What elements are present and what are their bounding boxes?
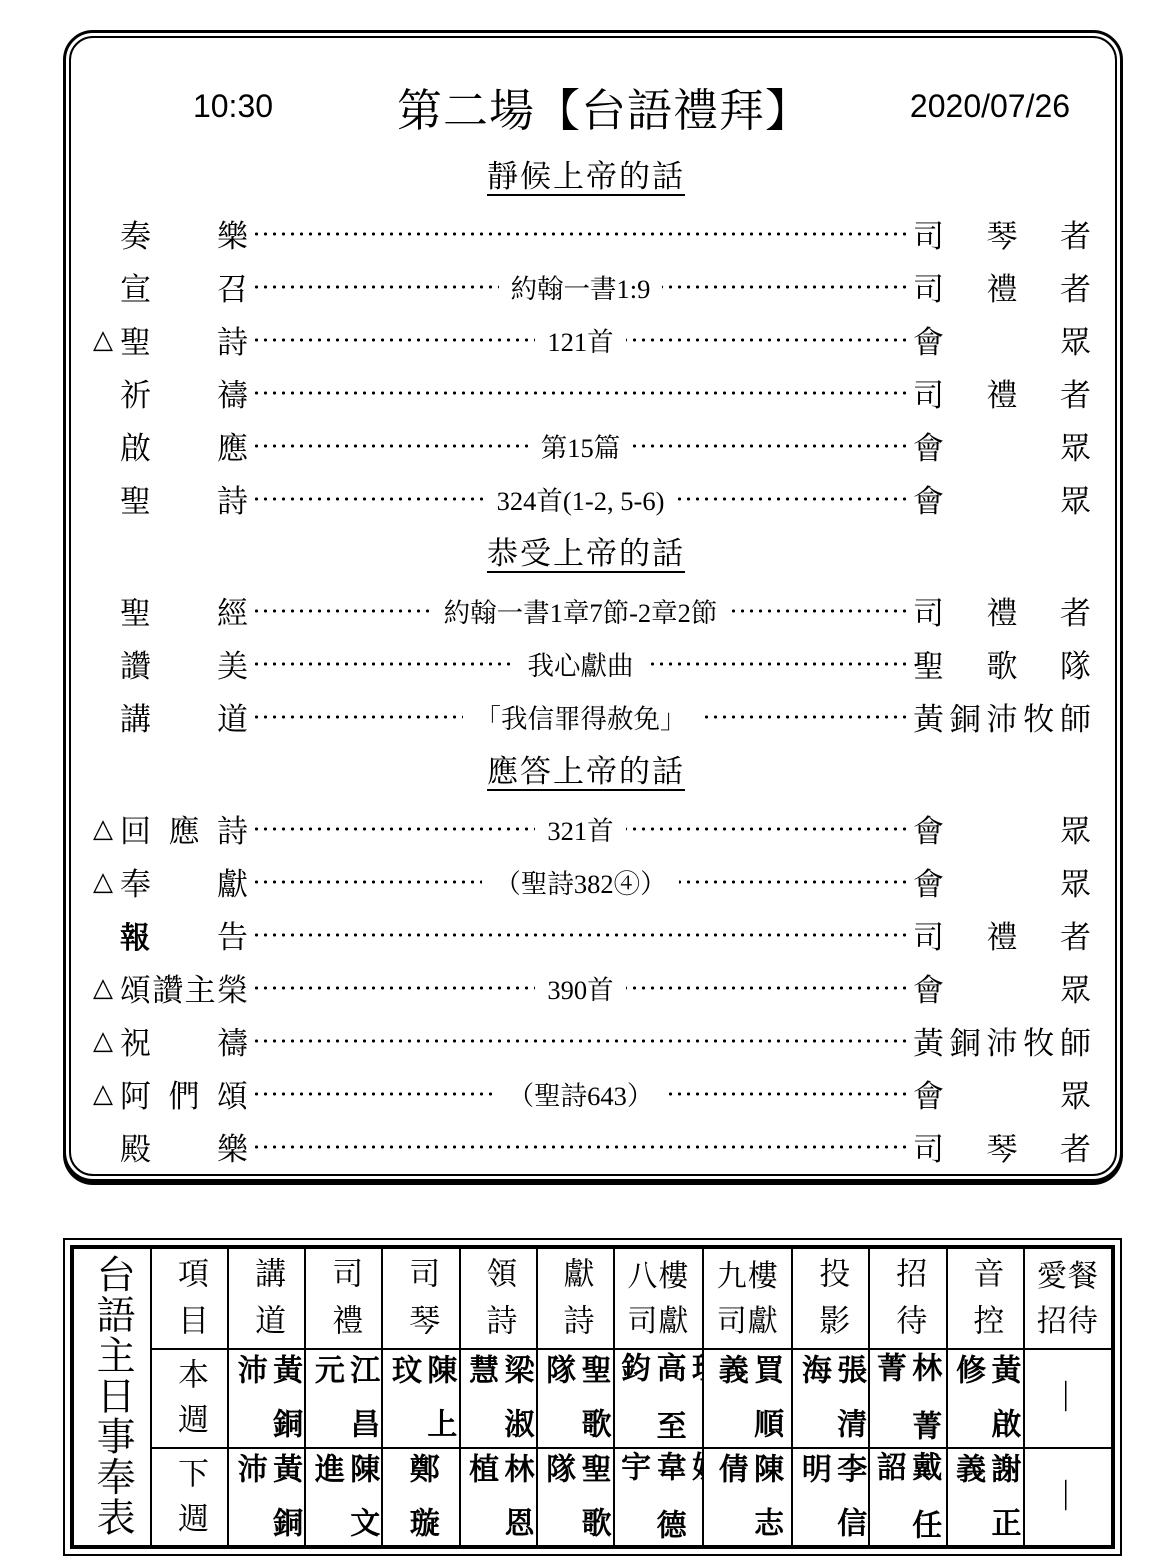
dotted-leader: 我心獻曲 [252, 637, 909, 690]
program-sections: 靜候上帝的話 奏樂 司琴者 宣召 約翰一書1:9 司禮者 △ 聖詩 121首 會… [81, 156, 1091, 1173]
page-title: 第二場【台語禮拜】 [313, 74, 895, 139]
roster-side-title-cell: 台語主日事奉表 [72, 1247, 151, 1547]
dotted-leader: 390首 [252, 961, 909, 1014]
roster-name-cell: 買順義 [703, 1349, 792, 1448]
roster-side-title: 台語主日事奉表 [89, 1254, 135, 1536]
program-item: △ 祝禱 黃銅沛牧師 [81, 1014, 1091, 1067]
program-item: 聖詩 324首(1-2, 5-6) 會眾 [81, 472, 1091, 525]
program-item: △ 阿們頌 （聖詩643） 會眾 [81, 1067, 1091, 1120]
roster-week-label-cell: 下週 [151, 1448, 228, 1547]
roster-name-cell: 鄭璇 [382, 1448, 459, 1547]
dotted-leader: 321首 [252, 802, 909, 855]
duty-roster-table: 台語主日事奉表項目講道司禮司琴領詩獻詩八樓 司獻九樓 司獻投影招待音控愛餐 招待… [70, 1245, 1115, 1549]
roster-name-cell: 張清海 [792, 1349, 869, 1448]
section-heading: 靜候上帝的話 [81, 156, 1091, 198]
worship-program-inner: 10:30 第二場【台語禮拜】 2020/07/26 靜候上帝的話 奏樂 司琴者… [69, 36, 1117, 1176]
section-items: △ 回應詩 321首 會眾 △ 奉獻 （聖詩382④） 會眾 報告 司禮者 △ … [81, 802, 1091, 1173]
roster-name: 陳文進 [309, 1453, 380, 1537]
roster-name: 江昌元 [309, 1354, 380, 1438]
roster-name: 聖歌隊 [540, 1453, 611, 1537]
item-center-note: 約翰一書1章7節-2章2節 [432, 591, 730, 630]
roster-name: 郭明珊 林菁菁 [870, 1352, 946, 1440]
program-item: 奏樂 司琴者 [81, 207, 1091, 260]
section-heading: 應答上帝的話 [81, 751, 1091, 793]
program-item: 宣召 約翰一書1:9 司禮者 [81, 260, 1091, 313]
roster-name: 鄭璇 [403, 1453, 438, 1537]
item-assignee: 司禮者 [913, 912, 1091, 957]
item-assignee: 司禮者 [913, 370, 1091, 415]
item-assignee: 司琴者 [913, 1124, 1091, 1169]
roster-col-header-cell: 愛餐 招待 [1024, 1247, 1113, 1349]
item-label: 聖詩 [120, 317, 248, 362]
item-assignee: 聖歌隊 [913, 641, 1091, 686]
program-item: 啟應 第15篇 會眾 [81, 419, 1091, 472]
roster-col-header-cell: 投影 [792, 1247, 869, 1349]
program-item: △ 聖詩 121首 會眾 [81, 313, 1091, 366]
program-header: 10:30 第二場【台語禮拜】 2020/07/26 [81, 64, 1091, 148]
service-time: 10:30 [153, 88, 313, 125]
roster-name-cell: 陳志倩 [703, 1448, 792, 1547]
item-prefix-triangle: △ [93, 867, 120, 897]
roster-name-cell: 陳上玟 [382, 1349, 459, 1448]
roster-name: 梁淑慧 [463, 1354, 534, 1438]
roster-col-header-cell: 音控 [947, 1247, 1024, 1349]
roster-col-header: 九樓 司獻 [704, 1254, 791, 1344]
worship-program-box: 10:30 第二場【台語禮拜】 2020/07/26 靜候上帝的話 奏樂 司琴者… [63, 30, 1123, 1182]
roster-week-row: 下週黃銅沛陳文進鄭璇林恩植聖歌隊高滿妹 韋德宇陳志倩李信明陳美生 戴任詔謝正義— [72, 1448, 1113, 1547]
roster-week-label: 下週 [171, 1457, 208, 1533]
roster-col-header-cell: 司禮 [305, 1247, 382, 1349]
item-center-note: 第15篇 [529, 426, 633, 465]
item-prefix-triangle: △ [93, 973, 120, 1003]
dotted-leader: （聖詩643） [252, 1067, 909, 1120]
service-date: 2020/07/26 [895, 88, 1085, 125]
roster-col-header-cell: 招待 [869, 1247, 946, 1349]
item-label: 報告 [120, 912, 248, 957]
roster-name-cell: 謝正義 [947, 1448, 1024, 1547]
roster-col-header: 投影 [813, 1257, 850, 1335]
item-center-note: 390首 [535, 968, 625, 1007]
roster-name: 陳美生 戴任詔 [870, 1451, 946, 1539]
item-center-note: 約翰一書1:9 [499, 267, 663, 306]
roster-col-header-cell: 領詩 [460, 1247, 537, 1349]
program-item: △ 回應詩 321首 會眾 [81, 802, 1091, 855]
roster-col-header-cell: 八樓 司獻 [614, 1247, 703, 1349]
program-section: 靜候上帝的話 奏樂 司琴者 宣召 約翰一書1:9 司禮者 △ 聖詩 121首 會… [81, 156, 1091, 525]
roster-week-row: 本週黃銅沛江昌元陳上玟梁淑慧聖歌隊陳銘理 高至鈞買順義張清海郭明珊 林菁菁黃啟修… [72, 1349, 1113, 1448]
item-label: 殿樂 [120, 1124, 248, 1169]
program-item: 讚美 我心獻曲 聖歌隊 [81, 637, 1091, 690]
roster-name: 陳上玟 [386, 1354, 457, 1438]
dotted-leader [252, 366, 909, 419]
item-assignee: 司禮者 [913, 264, 1091, 309]
program-item: △ 奉獻 （聖詩382④） 會眾 [81, 855, 1091, 908]
item-center-note: （聖詩643） [496, 1074, 666, 1113]
program-item: 祈禱 司禮者 [81, 366, 1091, 419]
item-label: 講道 [120, 694, 248, 739]
dotted-leader: 「我信罪得赦免」 [252, 690, 909, 743]
roster-week-label-cell: 本週 [151, 1349, 228, 1448]
roster-col-header: 講道 [249, 1257, 286, 1335]
dotted-leader [252, 1014, 909, 1067]
item-label: 奉獻 [120, 859, 248, 904]
roster-name: 黃啟修 [950, 1354, 1021, 1438]
item-prefix-triangle: △ [93, 1079, 120, 1109]
item-center-note: 324首(1-2, 5-6) [485, 479, 677, 518]
item-prefix-triangle: △ [93, 325, 120, 355]
dotted-leader: 121首 [252, 313, 909, 366]
item-label: 阿們頌 [120, 1071, 248, 1116]
roster-name: 張清海 [796, 1354, 867, 1438]
section-heading: 恭受上帝的話 [81, 533, 1091, 575]
item-label: 回應詩 [120, 806, 248, 851]
roster-name-cell: 黃銅沛 [228, 1448, 305, 1547]
roster-name: 謝正義 [950, 1453, 1021, 1537]
roster-dash: — [1051, 1480, 1085, 1510]
roster-name-cell: 林恩植 [460, 1448, 537, 1547]
item-prefix-triangle: △ [93, 1026, 120, 1056]
item-center-note: 121首 [535, 320, 625, 359]
roster-col-header: 司琴 [403, 1257, 440, 1335]
roster-col-header-cell: 講道 [228, 1247, 305, 1349]
roster-col-header-cell: 司琴 [382, 1247, 459, 1349]
item-prefix-triangle: △ [93, 814, 120, 844]
roster-item-header: 項目 [171, 1257, 208, 1335]
item-label: 祈禱 [120, 370, 248, 415]
roster-name-cell: 陳銘理 高至鈞 [614, 1349, 703, 1448]
item-assignee: 會眾 [913, 476, 1091, 521]
duty-roster: 台語主日事奉表項目講道司禮司琴領詩獻詩八樓 司獻九樓 司獻投影招待音控愛餐 招待… [63, 1238, 1122, 1556]
roster-name: 黃銅沛 [231, 1453, 302, 1537]
roster-col-header: 領詩 [480, 1257, 517, 1335]
program-item: 聖經 約翰一書1章7節-2章2節 司禮者 [81, 584, 1091, 637]
roster-name: 黃銅沛 [231, 1354, 302, 1438]
roster-col-header-cell: 獻詩 [537, 1247, 614, 1349]
roster-name-cell: 陳美生 戴任詔 [869, 1448, 946, 1547]
item-assignee: 會眾 [913, 1071, 1091, 1116]
section-items: 聖經 約翰一書1章7節-2章2節 司禮者 讚美 我心獻曲 聖歌隊 講道 「我信罪… [81, 584, 1091, 743]
roster-week-label: 本週 [171, 1358, 208, 1434]
item-label: 宣召 [120, 264, 248, 309]
roster-name: 李信明 [796, 1453, 867, 1537]
item-center-note: 我心獻曲 [516, 644, 646, 683]
roster-col-header: 八樓 司獻 [615, 1254, 702, 1344]
program-item: △ 頌讚主榮 390首 會眾 [81, 961, 1091, 1014]
bulletin-page: 10:30 第二場【台語禮拜】 2020/07/26 靜候上帝的話 奏樂 司琴者… [0, 0, 1164, 1560]
item-assignee: 會眾 [913, 965, 1091, 1010]
item-label: 聖詩 [120, 476, 248, 521]
roster-name-cell: 聖歌隊 [537, 1448, 614, 1547]
roster-name-cell: 黃銅沛 [228, 1349, 305, 1448]
item-center-note: 321首 [535, 809, 625, 848]
roster-dash-cell: — [1024, 1448, 1113, 1547]
program-section: 應答上帝的話 △ 回應詩 321首 會眾 △ 奉獻 （聖詩382④） 會眾 報告… [81, 751, 1091, 1173]
dotted-leader [252, 908, 909, 961]
program-item: 殿樂 司琴者 [81, 1120, 1091, 1173]
section-items: 奏樂 司琴者 宣召 約翰一書1:9 司禮者 △ 聖詩 121首 會眾 祈禱 司禮… [81, 207, 1091, 525]
dotted-leader: 約翰一書1:9 [252, 260, 909, 313]
roster-col-header: 招待 [890, 1257, 927, 1335]
item-assignee: 司禮者 [913, 588, 1091, 633]
roster-name: 林恩植 [463, 1453, 534, 1537]
roster-col-header: 愛餐 招待 [1025, 1254, 1111, 1344]
roster-col-header: 獻詩 [557, 1257, 594, 1335]
item-label: 讚美 [120, 641, 248, 686]
item-center-note: （聖詩382④） [482, 862, 678, 901]
roster-name-cell: 陳文進 [305, 1448, 382, 1547]
dotted-leader [252, 207, 909, 260]
item-center-note: 「我信罪得赦免」 [463, 697, 699, 736]
roster-name-cell: 梁淑慧 [460, 1349, 537, 1448]
roster-name: 買順義 [712, 1354, 783, 1438]
dotted-leader: 324首(1-2, 5-6) [252, 472, 909, 525]
roster-name: 陳銘理 高至鈞 [615, 1352, 703, 1440]
roster-name: 聖歌隊 [540, 1354, 611, 1438]
item-assignee: 會眾 [913, 317, 1091, 362]
program-item: 報告 司禮者 [81, 908, 1091, 961]
roster-name: 陳志倩 [712, 1453, 783, 1537]
roster-body: 台語主日事奉表項目講道司禮司琴領詩獻詩八樓 司獻九樓 司獻投影招待音控愛餐 招待… [72, 1247, 1113, 1547]
item-assignee: 會眾 [913, 423, 1091, 468]
roster-col-header: 司禮 [326, 1257, 363, 1335]
roster-name-cell: 高滿妹 韋德宇 [614, 1448, 703, 1547]
roster-item-header-cell: 項目 [151, 1247, 228, 1349]
program-item: 講道 「我信罪得赦免」 黃銅沛牧師 [81, 690, 1091, 743]
item-label: 祝禱 [120, 1018, 248, 1063]
item-label: 奏樂 [120, 211, 248, 256]
roster-name: 高滿妹 韋德宇 [615, 1451, 703, 1539]
dotted-leader: 第15篇 [252, 419, 909, 472]
item-label: 聖經 [120, 588, 248, 633]
roster-name-cell: 聖歌隊 [537, 1349, 614, 1448]
roster-name-cell: 黃啟修 [947, 1349, 1024, 1448]
roster-dash: — [1051, 1381, 1085, 1411]
roster-name-cell: 江昌元 [305, 1349, 382, 1448]
item-assignee: 會眾 [913, 806, 1091, 851]
roster-name-cell: 郭明珊 林菁菁 [869, 1349, 946, 1448]
item-assignee: 黃銅沛牧師 [913, 1018, 1091, 1063]
dotted-leader: 約翰一書1章7節-2章2節 [252, 584, 909, 637]
item-label: 頌讚主榮 [120, 965, 248, 1010]
dotted-leader [252, 1120, 909, 1173]
roster-col-header: 音控 [967, 1257, 1004, 1335]
item-assignee: 司琴者 [913, 211, 1091, 256]
item-label: 啟應 [120, 423, 248, 468]
program-section: 恭受上帝的話 聖經 約翰一書1章7節-2章2節 司禮者 讚美 我心獻曲 聖歌隊 … [81, 533, 1091, 743]
roster-dash-cell: — [1024, 1349, 1113, 1448]
roster-col-header-cell: 九樓 司獻 [703, 1247, 792, 1349]
item-assignee: 黃銅沛牧師 [913, 694, 1091, 739]
roster-name-cell: 李信明 [792, 1448, 869, 1547]
item-assignee: 會眾 [913, 859, 1091, 904]
dotted-leader: （聖詩382④） [252, 855, 909, 908]
